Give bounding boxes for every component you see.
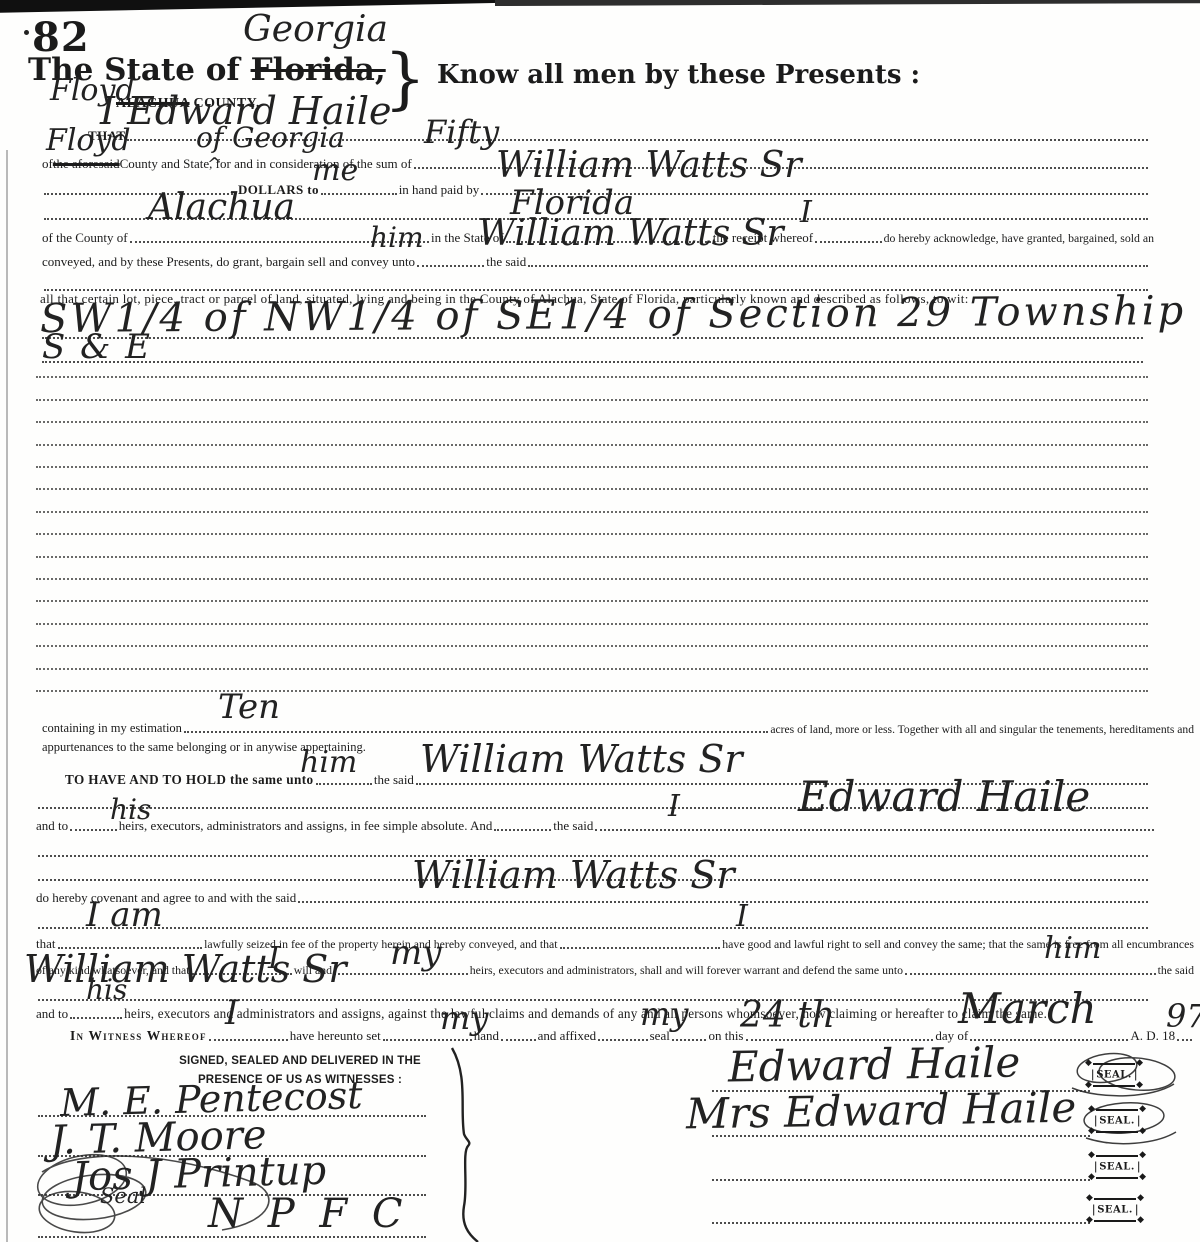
handwritten-me: me: [312, 156, 358, 186]
the-said-label: the said: [553, 818, 593, 834]
covenant-label: do hereby covenant and agree to and with…: [36, 890, 296, 906]
warrant-text: heirs, executors and administrators, sha…: [470, 963, 903, 978]
scan-edge-artifact: [6, 150, 8, 1242]
fill-in-line: [383, 1039, 472, 1041]
fill-in-line: [501, 1039, 536, 1041]
witness-brace-icon: [438, 1046, 484, 1242]
handwritten-his: his: [86, 976, 127, 1004]
seal-ornament: SEAL.: [1087, 1195, 1143, 1225]
fill-in-line: [184, 731, 768, 733]
blank-ruled-line: [36, 602, 1148, 624]
handwritten-grantor-signature-inline: Edward Haile: [798, 776, 1090, 818]
blank-ruled-line: [36, 670, 1148, 692]
insertion-caret: ^: [207, 156, 222, 174]
fill-in-line: [1177, 1039, 1192, 1041]
seal-label: SEAL.: [1095, 1162, 1139, 1173]
seal-rail: [1096, 1131, 1138, 1133]
grantor-signature-line: [712, 1222, 1090, 1224]
handwritten-i: I: [800, 198, 812, 228]
blank-ruled-line: [36, 356, 1148, 378]
containing-label: containing in my estimation: [42, 721, 182, 736]
flourish-seal-word: Seal: [100, 1186, 146, 1207]
fill-in-line: [528, 265, 1148, 267]
handwritten-state-correction: Georgia: [243, 12, 388, 48]
handwritten-i-am: I am: [86, 898, 163, 932]
against-claims-text: heirs, executors and administrators and …: [124, 1006, 1047, 1022]
seal-rail: [1096, 1177, 1138, 1179]
ink-dot-artifact: [24, 30, 29, 35]
blank-ruled-line: [36, 401, 1148, 423]
handwritten-his: his: [110, 796, 151, 824]
seal-rail: [1093, 1085, 1135, 1087]
hereunto-set-text: have hereunto set: [290, 1028, 381, 1044]
blank-ruled-line: [36, 535, 1148, 557]
seal-rail: [1094, 1220, 1136, 1222]
handwritten-him: him: [300, 748, 357, 778]
handwritten-payer-name: William Watts Sr: [496, 148, 802, 184]
fill-in-line: [38, 927, 1148, 929]
seal-rail: [1093, 1063, 1135, 1065]
county-of-label: of the County of: [42, 230, 128, 246]
handwritten-grantee-name: William Watts Sr: [420, 740, 743, 778]
handwritten-him: him: [1044, 934, 1101, 964]
blank-ruled-line: [36, 580, 1148, 602]
seal-rail: [1096, 1155, 1138, 1157]
scan-edge-artifact: [495, 0, 1200, 8]
handwritten-legal-description-2: S & E: [42, 330, 152, 364]
fill-in-line: [672, 1039, 707, 1041]
fill-in-line: [70, 829, 117, 831]
consideration-text: County and State, for and in considerati…: [120, 156, 412, 172]
handwritten-amount: Fifty: [424, 116, 499, 148]
and-to-label: and to: [36, 818, 68, 834]
fill-in-line: [595, 829, 1154, 831]
seal-ornament: SEAL.: [1089, 1152, 1145, 1182]
handwritten-i: I: [736, 902, 748, 932]
heirs-text: heirs, executors, administrators and ass…: [119, 818, 493, 834]
seal-ornament: SEAL.: [1089, 1106, 1145, 1136]
and-to-label: and to: [36, 1006, 68, 1022]
handwritten-county-insert: Floyd: [46, 126, 131, 156]
handwritten-i: I: [668, 792, 680, 822]
handwritten-year: 97: [1166, 1000, 1200, 1032]
the-said-label: the said: [374, 772, 414, 788]
seal-rail: [1094, 1198, 1136, 1200]
seal-ornament: SEAL.: [1086, 1060, 1142, 1090]
handwritten-grantee-name: William Watts Sr: [478, 216, 784, 252]
acres-text: acres of land, more or less. Together wi…: [770, 723, 1194, 736]
blank-ruled-block: [36, 356, 1148, 692]
presents-heading: Know all men by these Presents :: [437, 60, 920, 90]
acknowledge-text: do hereby acknowledge, have granted, bar…: [884, 231, 1154, 246]
witnesses-heading-line1: SIGNED, SEALED AND DELIVERED IN THE: [120, 1052, 480, 1071]
handwritten-day: 24 th: [740, 998, 835, 1034]
handwritten-my: my: [390, 936, 441, 970]
handwritten-i: I: [225, 996, 238, 1030]
blank-ruled-line: [36, 468, 1148, 490]
struck-aforesaid: the aforesaid: [53, 156, 120, 172]
fill-in-line: [334, 973, 468, 975]
in-witness-label: In Witness Whereof: [70, 1028, 207, 1044]
seal-label: SEAL.: [1092, 1070, 1136, 1081]
handwritten-grantee-name: William Watts Sr: [24, 950, 347, 988]
blank-ruled-line: [36, 513, 1148, 535]
fill-in-line: [494, 829, 551, 831]
seal-rail: [1096, 1109, 1138, 1111]
blank-ruled-line: [36, 647, 1148, 669]
struck-state-name: Florida,: [251, 52, 386, 88]
handwritten-month: March: [958, 988, 1097, 1030]
fill-in-line: [815, 241, 882, 243]
seal-label: SEAL.: [1093, 1205, 1137, 1216]
the-said-label: the said: [1158, 963, 1194, 978]
the-said-label: the said: [486, 254, 526, 270]
deed-document-page: 82 Georgia The State of Florida, } Know …: [0, 0, 1200, 1242]
fill-in-line: [321, 193, 397, 195]
handwritten-acreage: Ten: [218, 690, 280, 724]
of-word: of: [42, 156, 53, 172]
fill-in-line: [560, 947, 721, 949]
containing-line: containing in my estimation acres of lan…: [42, 714, 1194, 736]
conveyed-text: conveyed, and by these Presents, do gran…: [42, 254, 415, 270]
handwritten-grantee-name: William Watts Sr: [412, 856, 735, 894]
blank-ruled-line: [36, 378, 1148, 400]
paid-by-text: in hand paid by: [399, 182, 480, 198]
fill-in-line: [905, 973, 1156, 975]
affixed-text: and affixed: [538, 1028, 597, 1044]
fill-in-line: [316, 783, 372, 785]
handwritten-my: my: [440, 1002, 488, 1034]
fill-in-line: [298, 901, 1148, 903]
blank-ruled-line: [36, 490, 1148, 512]
grantor-signature-line: [712, 1179, 1090, 1181]
handwritten-him: him: [370, 224, 424, 252]
right-text: have good and lawful right to sell and c…: [722, 937, 1194, 952]
blank-ruled-line: [36, 423, 1148, 445]
grantor-signature-edward-haile: Edward Haile: [728, 1041, 1021, 1088]
handwritten-legal-description: SW1/4 of NW1/4 of SE1/4 of Section 29 To…: [40, 289, 1200, 339]
fill-in-line: [209, 1039, 288, 1041]
to-have-and-hold-label: TO HAVE AND TO HOLD the same unto: [65, 772, 314, 788]
blank-ruled-line: [36, 558, 1148, 580]
fill-in-line: [598, 1039, 647, 1041]
blank-ruled-line: [36, 625, 1148, 647]
blank-ruled-line: [36, 910, 1150, 932]
handwritten-my: my: [640, 998, 688, 1030]
handwritten-alachua: Alachua: [148, 190, 295, 226]
seal-label: SEAL.: [1095, 1116, 1139, 1127]
fill-in-line: [70, 1017, 122, 1019]
blank-ruled-line: [36, 446, 1148, 468]
grantor-signature-mrs-edward-haile: Mrs Edward Haile: [686, 1087, 1077, 1136]
witness-notary-initials: N P F C: [208, 1194, 408, 1234]
handwritten-state-insert: of Georgia: [196, 124, 345, 152]
fill-in-line: [417, 265, 484, 267]
